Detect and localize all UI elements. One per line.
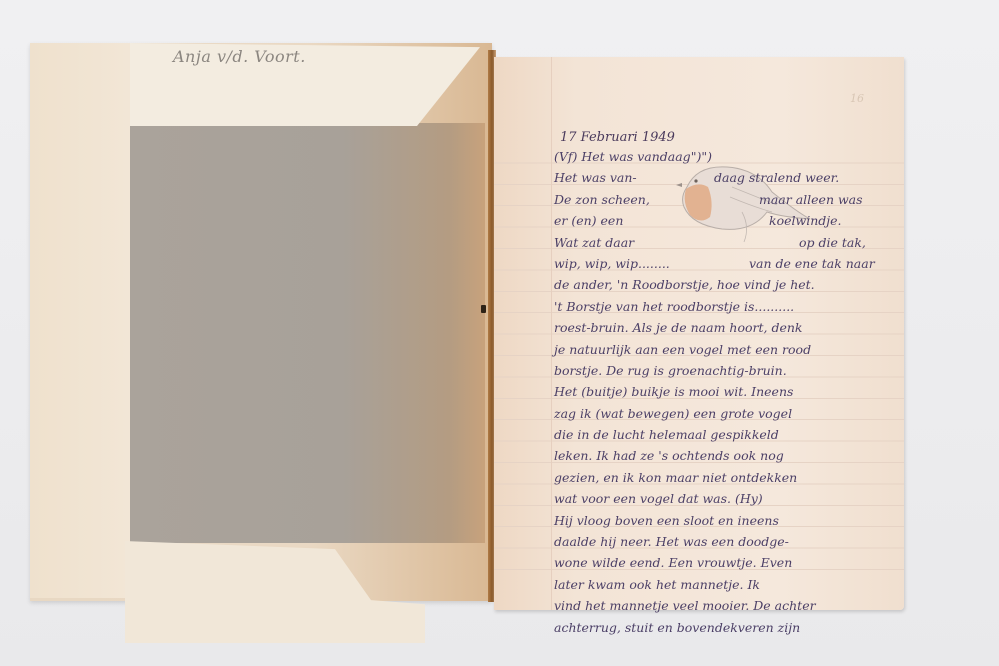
text-line: zag ik (wat bewegen) een grote vogel bbox=[554, 403, 899, 424]
line-text: Wat zat daar bbox=[554, 235, 634, 250]
text-line: roest-bruin. Als je de naam hoort, denk bbox=[554, 317, 899, 338]
cover-bottom-flap bbox=[125, 541, 425, 643]
text-line: daalde hij neer. Het was een doodge- bbox=[554, 531, 899, 552]
line-text: wat voor een vogel dat was. (Hy) bbox=[554, 491, 763, 506]
text-line: wat voor een vogel dat was. (Hy) bbox=[554, 488, 899, 509]
line-text: De zon scheen, bbox=[554, 192, 650, 207]
line-text: Het (buitje) buikje is mooi wit. Ineens bbox=[554, 384, 793, 399]
text-line: Hij vloog boven een sloot en ineens bbox=[554, 510, 899, 531]
text-line: later kwam ook het mannetje. Ik bbox=[554, 574, 899, 595]
text-line: De zon scheen,maar alleen was bbox=[554, 189, 899, 210]
line-text: roest-bruin. Als je de naam hoort, denk bbox=[554, 320, 802, 335]
line-text-right: maar alleen was bbox=[759, 189, 863, 210]
text-line: achterrug, stuit en bovendekveren zijn bbox=[554, 617, 899, 638]
text-line: die in de lucht helemaal gespikkeld bbox=[554, 424, 899, 445]
margin-line bbox=[551, 57, 552, 610]
notebook-right-page: 16 17 Februari 1949 (Vf) Het was vandaag… bbox=[494, 57, 904, 610]
line-text: Hij vloog boven een sloot en ineens bbox=[554, 513, 779, 528]
text-line: borstje. De rug is groenachtig-bruin. bbox=[554, 360, 899, 381]
cover-left-strip bbox=[30, 43, 131, 598]
line-text-right: daag stralend weer. bbox=[714, 167, 839, 188]
cover-gray-panel bbox=[130, 123, 485, 543]
handwritten-text: 17 Februari 1949 (Vf) Het was vandaag")"… bbox=[554, 130, 899, 638]
text-line: Het was van-daag stralend weer. bbox=[554, 167, 899, 188]
text-line: er (en) eenkoelwindje. bbox=[554, 210, 899, 231]
text-line: Het (buitje) buikje is mooi wit. Ineens bbox=[554, 381, 899, 402]
date-heading: 17 Februari 1949 bbox=[560, 130, 899, 146]
photo-scene: Anja v/d. Voort. 16 17 Februari 1949 (Vf… bbox=[0, 0, 999, 666]
line-text: daalde hij neer. Het was een doodge- bbox=[554, 534, 789, 549]
text-line: leken. Ik had ze 's ochtends ook nog bbox=[554, 445, 899, 466]
line-text: leken. Ik had ze 's ochtends ook nog bbox=[554, 448, 784, 463]
line-text: gezien, en ik kon maar niet ontdekken bbox=[554, 470, 797, 485]
line-text: Het was van- bbox=[554, 170, 637, 185]
text-line: Wat zat daarop die tak, bbox=[554, 232, 899, 253]
line-text: die in de lucht helemaal gespikkeld bbox=[554, 427, 779, 442]
line-text: achterrug, stuit en bovendekveren zijn bbox=[554, 620, 800, 635]
line-text: wip, wip, wip........ bbox=[554, 256, 670, 271]
line-text: de ander, 'n Roodborstje, hoe vind je he… bbox=[554, 277, 815, 292]
text-line: 't Borstje van het roodborstje is.......… bbox=[554, 296, 899, 317]
line-text-right: op die tak, bbox=[799, 232, 866, 253]
line-text: borstje. De rug is groenachtig-bruin. bbox=[554, 363, 787, 378]
line-text: zag ik (wat bewegen) een grote vogel bbox=[554, 406, 792, 421]
text-line: gezien, en ik kon maar niet ontdekken bbox=[554, 467, 899, 488]
line-text: wone wilde eend. Een vrouwtje. Even bbox=[554, 555, 792, 570]
text-line: de ander, 'n Roodborstje, hoe vind je he… bbox=[554, 274, 899, 295]
line-text: 't Borstje van het roodborstje is.......… bbox=[554, 299, 794, 314]
staple-icon bbox=[481, 305, 486, 313]
text-line: vind het mannetje veel mooier. De achter bbox=[554, 595, 899, 616]
text-line: je natuurlijk aan een vogel met een rood bbox=[554, 339, 899, 360]
line-text-right: van de ene tak naar bbox=[749, 253, 875, 274]
line-text: later kwam ook het mannetje. Ik bbox=[554, 577, 760, 592]
line-text: vind het mannetje veel mooier. De achter bbox=[554, 598, 816, 613]
owner-name: Anja v/d. Voort. bbox=[173, 47, 306, 66]
line-text-right: koelwindje. bbox=[769, 210, 842, 231]
line-text: je natuurlijk aan een vogel met een rood bbox=[554, 342, 811, 357]
line-text: (Vf) Het was vandaag")") bbox=[554, 149, 712, 164]
text-line: wip, wip, wip........van de ene tak naar bbox=[554, 253, 899, 274]
line-text: er (en) een bbox=[554, 213, 623, 228]
notebook-left-page: Anja v/d. Voort. bbox=[30, 43, 492, 601]
page-number: 16 bbox=[850, 92, 864, 105]
text-line: wone wilde eend. Een vrouwtje. Even bbox=[554, 552, 899, 573]
text-line: (Vf) Het was vandaag")") bbox=[554, 146, 899, 167]
